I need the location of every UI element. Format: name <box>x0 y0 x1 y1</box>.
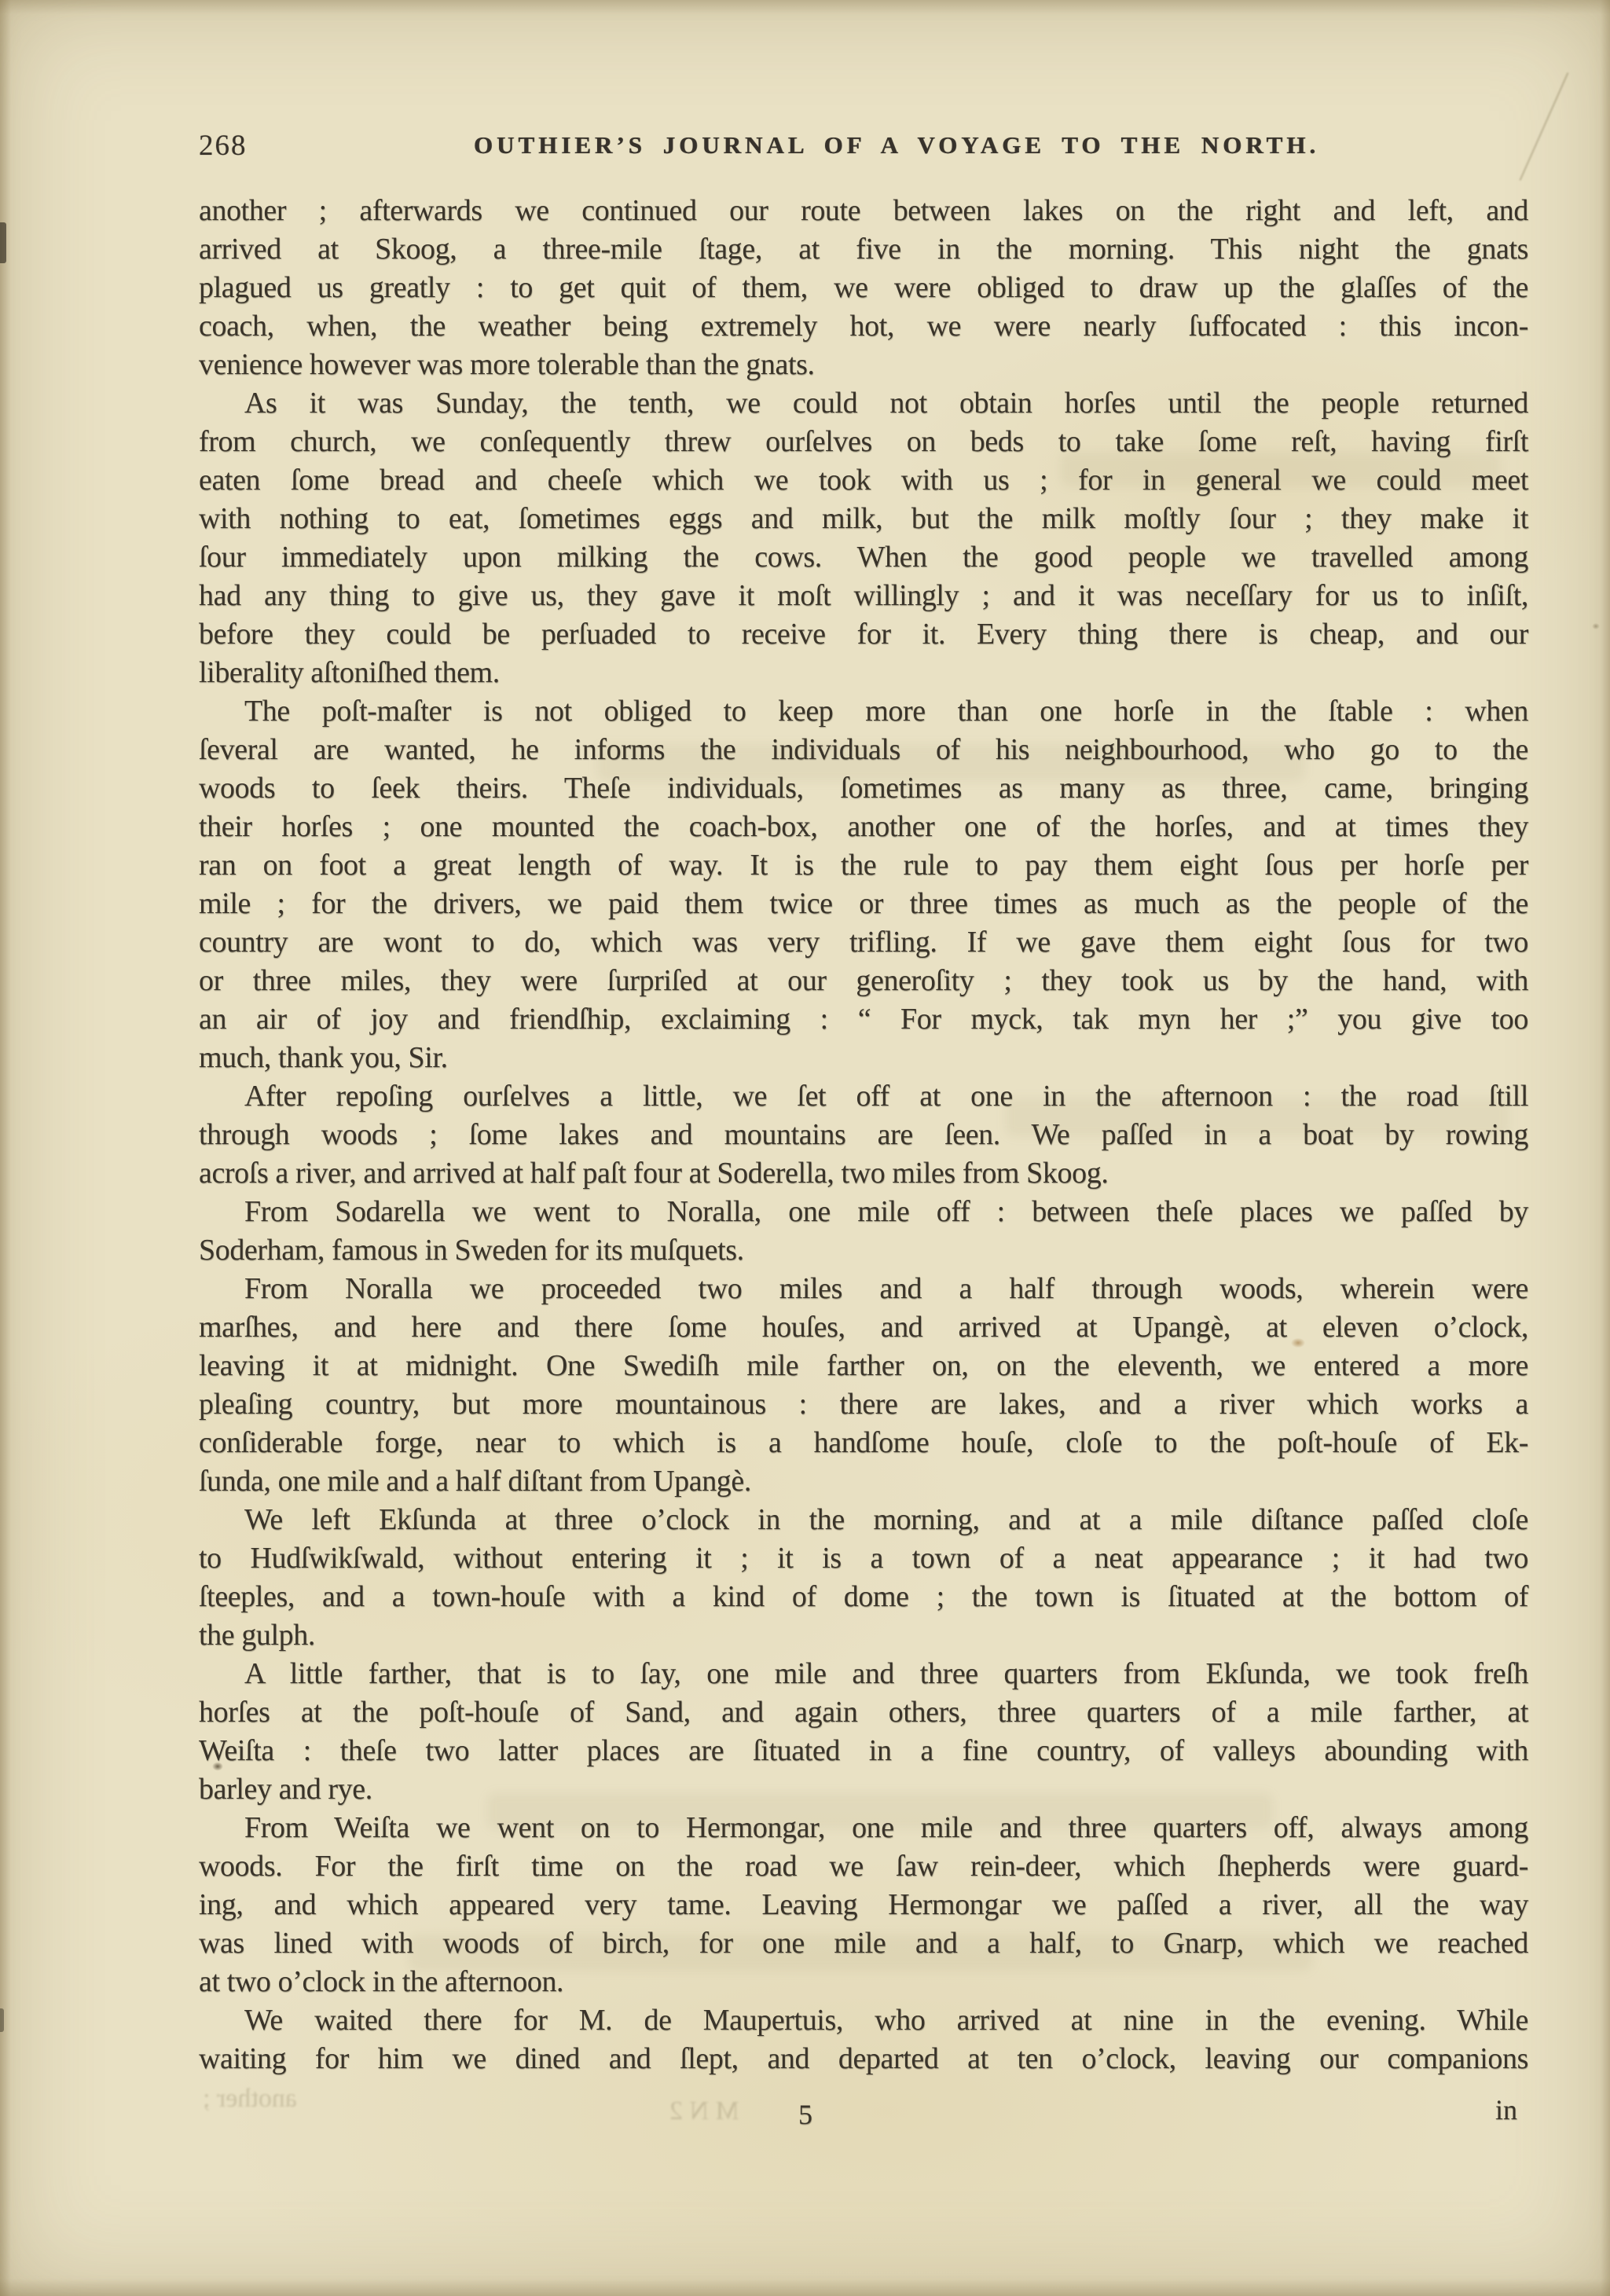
text-line: marſhes, and here and there ſome houſes,… <box>199 1308 1528 1347</box>
text-block: 268 OUTHIER’S JOURNAL OF A VOYAGE TO THE… <box>199 0 1528 2296</box>
paragraph: From Sodarella we went to Noralla, one m… <box>199 1193 1528 1270</box>
text-line: ran on foot a great length of way. It is… <box>199 846 1528 885</box>
text-line: from church, we conſequently threw ourſe… <box>199 423 1528 461</box>
paragraph: As it was Sunday, the tenth, we could no… <box>199 384 1528 692</box>
text-line: coach, when, the weather being extremely… <box>199 307 1528 346</box>
text-line: From Weiſta we went on to Hermongar, one… <box>199 1809 1528 1847</box>
page-header: 268 OUTHIER’S JOURNAL OF A VOYAGE TO THE… <box>199 129 1528 170</box>
text-line: From Noralla we proceeded two miles and … <box>199 1270 1528 1308</box>
text-line: pleaſing country, but more mountainous :… <box>199 1385 1528 1424</box>
text-line: waiting for him we dined and ſlept, and … <box>199 2040 1528 2078</box>
text-line: After repoſing ourſelves a little, we ſe… <box>199 1077 1528 1116</box>
page-body: another ; afterwards we continued our ro… <box>199 192 1528 2078</box>
text-line: or three miles, they were ſurpriſed at o… <box>199 962 1528 1000</box>
text-line: ſunda, one mile and a half diſtant from … <box>199 1462 1528 1501</box>
text-line: mile ; for the drivers, we paid them twi… <box>199 885 1528 923</box>
text-line: We waited there for M. de Maupertuis, wh… <box>199 2001 1528 2040</box>
text-line: Soderham, famous in Sweden for its muſqu… <box>199 1231 1528 1270</box>
text-line: to Hudſwikſwald, without entering it ; i… <box>199 1539 1528 1578</box>
text-line: arrived at Skoog, a three-mile ſtage, at… <box>199 230 1528 269</box>
text-line: before they could be perſuaded to receiv… <box>199 615 1528 654</box>
text-line: We left Ekſunda at three o’clock in the … <box>199 1501 1528 1539</box>
text-line: woods to ſeek theirs. Theſe individuals,… <box>199 769 1528 808</box>
text-line: was lined with woods of birch, for one m… <box>199 1924 1528 1963</box>
text-line: at two o’clock in the afternoon. <box>199 1963 1528 2001</box>
text-line: country are wont to do, which was very t… <box>199 923 1528 962</box>
text-line: A little farther, that is to ſay, one mi… <box>199 1655 1528 1693</box>
text-line: The poſt-maſter is not obliged to keep m… <box>199 692 1528 731</box>
text-line: acroſs a river, and arrived at half paſt… <box>199 1154 1528 1193</box>
text-line: Weiſta : theſe two latter places are ſit… <box>199 1732 1528 1770</box>
text-line: ſeveral are wanted, he informs the indiv… <box>199 731 1528 769</box>
text-line: had any thing to give us, they gave it m… <box>199 577 1528 615</box>
paragraph: We waited there for M. de Maupertuis, wh… <box>199 2001 1528 2078</box>
text-line: the gulph. <box>199 1616 1528 1655</box>
paragraph: We left Ekſunda at three o’clock in the … <box>199 1501 1528 1655</box>
paragraph: another ; afterwards we continued our ro… <box>199 192 1528 384</box>
text-line: with nothing to eat, ſometimes eggs and … <box>199 500 1528 538</box>
paragraph: After repoſing ourſelves a little, we ſe… <box>199 1077 1528 1193</box>
text-line: From Sodarella we went to Noralla, one m… <box>199 1193 1528 1231</box>
text-line: leaving it at midnight. One Swediſh mile… <box>199 1347 1528 1385</box>
text-line: much, thank you, Sir. <box>199 1039 1528 1077</box>
page-number: 268 <box>199 129 248 163</box>
text-line: liberality aſtoniſhed them. <box>199 654 1528 692</box>
text-line: ing, and which appeared very tame. Leavi… <box>199 1886 1528 1924</box>
book-page: another ;M N 2 268 OUTHIER’S JOURNAL OF … <box>0 0 1610 2296</box>
scan-edge-mark <box>0 2008 4 2032</box>
page-footer: 5 in <box>199 2093 1528 2133</box>
text-line: an air of joy and friendſhip, exclaiming… <box>199 1000 1528 1039</box>
text-line: As it was Sunday, the tenth, we could no… <box>199 384 1528 423</box>
catchword: in <box>1495 2093 1517 2126</box>
text-line: through woods ; ſome lakes and mountains… <box>199 1116 1528 1154</box>
text-line: ſteeples, and a town-houſe with a kind o… <box>199 1578 1528 1616</box>
text-line: another ; afterwards we continued our ro… <box>199 192 1528 230</box>
paragraph: The poſt-maſter is not obliged to keep m… <box>199 692 1528 1077</box>
paragraph: From Noralla we proceeded two miles and … <box>199 1270 1528 1501</box>
text-line: barley and rye. <box>199 1770 1528 1809</box>
text-line: conſiderable forge, near to which is a h… <box>199 1424 1528 1462</box>
signature-mark: 5 <box>798 2098 812 2131</box>
text-line: ſour immediately upon milking the cows. … <box>199 538 1528 577</box>
text-line: venience however was more tolerable than… <box>199 346 1528 384</box>
text-line: eaten ſome bread and cheeſe which we too… <box>199 461 1528 500</box>
paragraph: From Weiſta we went on to Hermongar, one… <box>199 1809 1528 2001</box>
text-line: horſes at the poſt-houſe of Sand, and ag… <box>199 1693 1528 1732</box>
running-title: OUTHIER’S JOURNAL OF A VOYAGE TO THE NOR… <box>474 131 1319 160</box>
paragraph: A little farther, that is to ſay, one mi… <box>199 1655 1528 1809</box>
text-line: their horſes ; one mounted the coach-box… <box>199 808 1528 846</box>
text-line: woods. For the firſt time on the road we… <box>199 1847 1528 1886</box>
text-line: plagued us greatly : to get quit of them… <box>199 269 1528 307</box>
scan-edge-mark <box>0 222 6 263</box>
